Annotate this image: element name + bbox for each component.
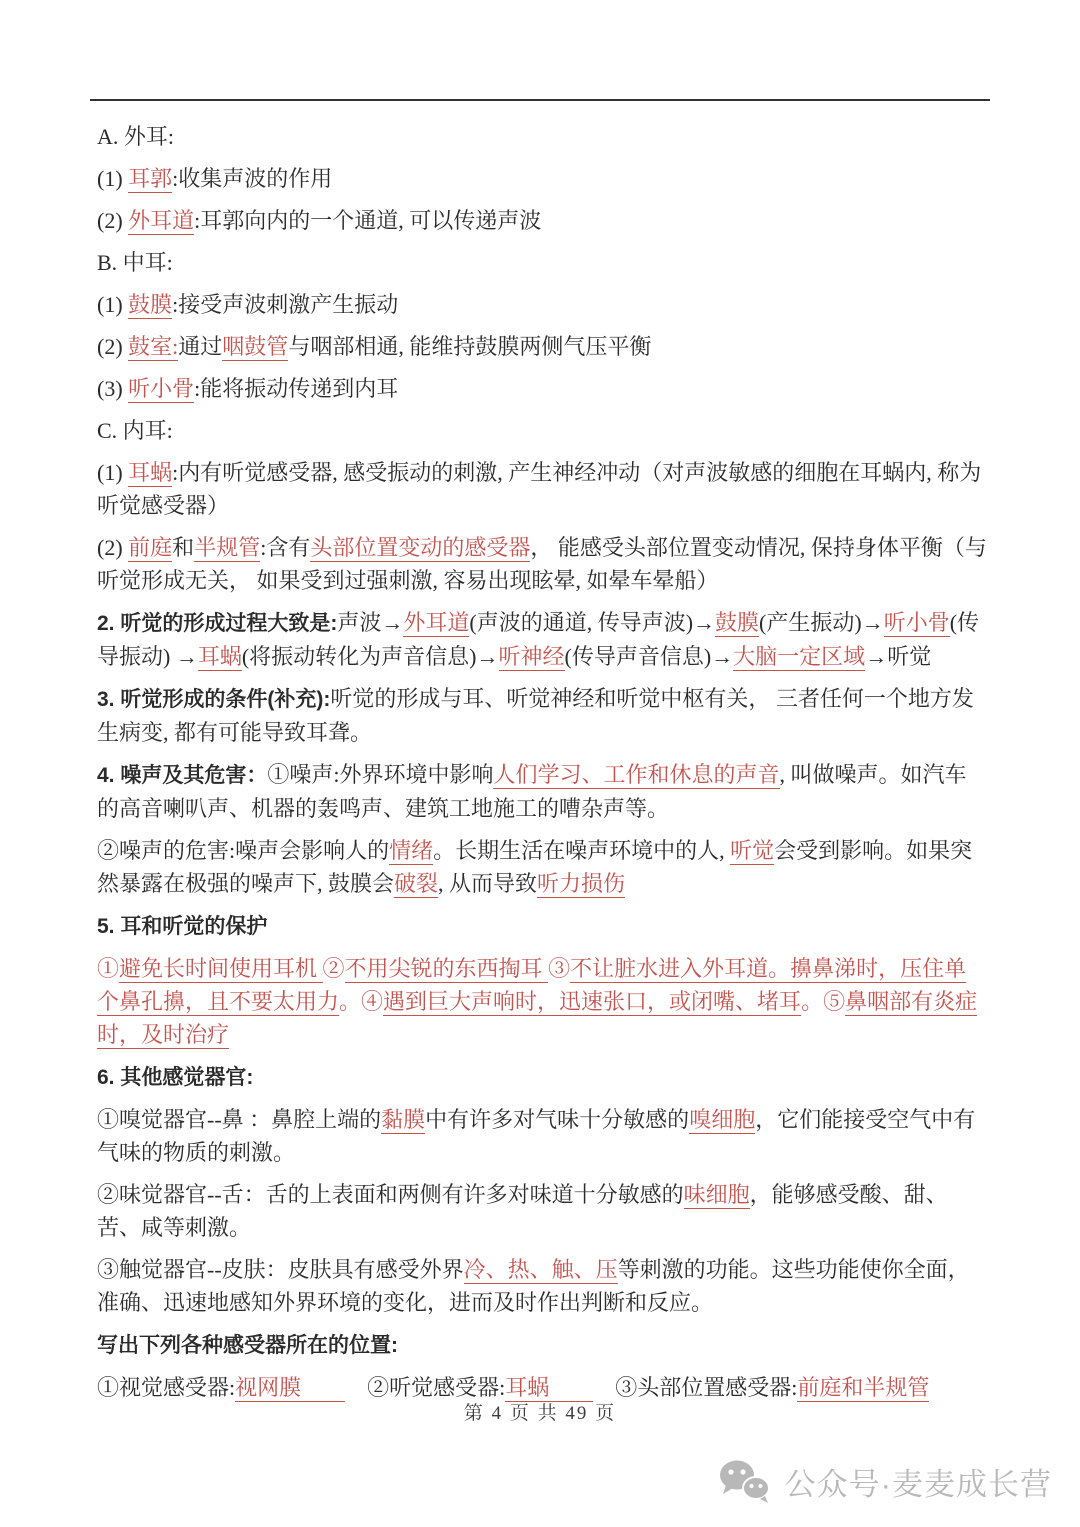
text-segment: :含有 bbox=[260, 535, 310, 560]
text-segment: (传导声音信息)→ bbox=[565, 644, 734, 669]
text-segment: 与咽部相通, 能维持鼓膜两侧气压平衡 bbox=[288, 334, 651, 359]
text-segment: :能将振动传递到内耳 bbox=[194, 376, 398, 401]
text-segment: ②味觉器官--舌：舌的上表面和两侧有许多对味道十分敏感的 bbox=[97, 1182, 684, 1207]
smell-organ: ①嗅觉器官--鼻 ：鼻腔上端的黏膜中有许多对气味十分敏感的嗅细胞，它们能接受空气… bbox=[97, 1103, 987, 1169]
text-segment: 不用尖锐的东西掏耳 bbox=[345, 956, 549, 983]
text-segment: (2) bbox=[97, 334, 128, 359]
text-segment: 听神经 bbox=[499, 644, 565, 671]
text-segment: 耳郭 bbox=[128, 166, 172, 193]
text-segment: B. 中耳: bbox=[97, 250, 173, 275]
text-segment: 写出下列各种感受器所在的位置: bbox=[97, 1334, 398, 1357]
text-segment: ③触觉器官--皮肤：皮肤具有感受外界 bbox=[97, 1257, 464, 1282]
noise-harm: ②噪声的危害:噪声会影响人的情绪。长期生活在噪声环境中的人, 听觉会受到影响。如… bbox=[97, 834, 987, 900]
text-segment: :耳郭向内的一个通道, 可以传递声波 bbox=[194, 208, 541, 233]
text-segment: (1) bbox=[97, 460, 128, 485]
text-segment: ④ bbox=[361, 989, 383, 1014]
text-segment: 3. 听觉形成的条件(补充): bbox=[97, 688, 330, 711]
text-segment: (3) bbox=[97, 376, 128, 401]
hearing-conditions: 3. 听觉形成的条件(补充):听觉的形成与耳、听觉神经和听觉中枢有关， 三者任何… bbox=[97, 682, 987, 749]
text-segment: 4. 噪声及其危害： bbox=[97, 764, 267, 787]
text-segment: (声波的通道, 传导声波)→ bbox=[469, 610, 715, 635]
ear-protection-list: ①避免长时间使用耳机 ②不用尖锐的东西掏耳 ③不让脏水进入外耳道。擤鼻涕时，压住… bbox=[97, 952, 987, 1051]
header-rule bbox=[90, 99, 990, 101]
middle-ear-item-2: (2) 鼓室:通过咽鼓管与咽部相通, 能维持鼓膜两侧气压平衡 bbox=[97, 330, 987, 363]
middle-ear-item-3: (3) 听小骨:能将振动传递到内耳 bbox=[97, 372, 987, 405]
text-segment: ①视觉感受器: bbox=[97, 1375, 235, 1400]
text-segment: 声波→ bbox=[337, 610, 403, 635]
text-segment: , 从而导致 bbox=[438, 871, 537, 896]
text-segment: 2. 听觉的形成过程大致是: bbox=[97, 612, 337, 635]
text-segment: 嗅细胞 bbox=[689, 1107, 755, 1134]
text-segment: (将振动转化为声音信息)→ bbox=[242, 644, 499, 669]
text-segment: 。长期生活在噪声环境中的人, bbox=[433, 838, 730, 863]
text-segment: 前庭 bbox=[128, 535, 172, 562]
text-segment: 鼓膜 bbox=[128, 292, 172, 319]
outer-ear-item-1: (1) 耳郭:收集声波的作用 bbox=[97, 162, 987, 195]
text-segment: ①噪声:外界环境中影响 bbox=[267, 762, 493, 787]
text-segment: (产生振动)→ bbox=[759, 610, 884, 635]
text-segment: 味细胞 bbox=[684, 1182, 750, 1209]
touch-organ: ③触觉器官--皮肤：皮肤具有感受外界冷、热、触、压等刺激的功能。这些功能使你全面… bbox=[97, 1253, 987, 1319]
text-segment: 。 bbox=[339, 989, 361, 1014]
text-segment: :收集声波的作用 bbox=[172, 166, 332, 191]
inner-ear-heading: C. 内耳: bbox=[97, 414, 987, 447]
other-senses-heading: 6. 其他感觉器官: bbox=[97, 1060, 987, 1094]
document-page: A. 外耳:(1) 耳郭:收集声波的作用(2) 外耳道:耳郭向内的一个通道, 可… bbox=[0, 0, 1080, 1527]
text-segment: 通过 bbox=[178, 334, 222, 359]
text-segment: 听觉 bbox=[730, 838, 774, 865]
text-segment: ③ bbox=[548, 956, 570, 981]
text-segment: C. 内耳: bbox=[97, 418, 173, 443]
ear-protection-heading: 5. 耳和听觉的保护 bbox=[97, 909, 987, 943]
outer-ear-item-2: (2) 外耳道:耳郭向内的一个通道, 可以传递声波 bbox=[97, 204, 987, 237]
text-segment: (2) bbox=[97, 535, 128, 560]
text-segment: ② bbox=[323, 956, 345, 981]
text-segment: (2) bbox=[97, 208, 128, 233]
document-body: A. 外耳:(1) 耳郭:收集声波的作用(2) 外耳道:耳郭向内的一个通道, 可… bbox=[97, 120, 987, 1413]
inner-ear-item-1: (1) 耳蜗:内有听觉感受器, 感受振动的刺激, 产生神经冲动（对声波敏感的细胞… bbox=[97, 456, 987, 522]
text-segment: ⑤ bbox=[823, 989, 845, 1014]
text-segment: (1) bbox=[97, 292, 128, 317]
text-segment: ②噪声的危害:噪声会影响人的 bbox=[97, 838, 389, 863]
receptor-location-heading: 写出下列各种感受器所在的位置: bbox=[97, 1328, 987, 1362]
text-segment: 耳蜗 bbox=[198, 644, 242, 671]
hearing-process: 2. 听觉的形成过程大致是:声波→外耳道(声波的通道, 传导声波)→鼓膜(产生振… bbox=[97, 606, 987, 673]
text-segment: 耳蜗 bbox=[128, 460, 172, 487]
text-segment: 外耳道 bbox=[403, 610, 469, 637]
text-segment: 和 bbox=[172, 535, 194, 560]
text-segment: 破裂 bbox=[394, 871, 438, 898]
outer-ear-heading: A. 外耳: bbox=[97, 120, 987, 153]
text-segment: 6. 其他感觉器官: bbox=[97, 1066, 253, 1089]
text-segment: ① bbox=[97, 956, 119, 981]
taste-organ: ②味觉器官--舌：舌的上表面和两侧有许多对味道十分敏感的味细胞，能够感受酸、甜、… bbox=[97, 1178, 987, 1244]
text-segment: 半规管 bbox=[194, 535, 260, 562]
wechat-icon bbox=[717, 1458, 773, 1504]
text-segment: ③头部位置感受器: bbox=[593, 1375, 797, 1400]
middle-ear-heading: B. 中耳: bbox=[97, 246, 987, 279]
text-segment: 听小骨 bbox=[128, 376, 194, 403]
text-segment: ①嗅觉器官--鼻 ：鼻腔上端的 bbox=[97, 1107, 381, 1132]
text-segment: 情绪 bbox=[389, 838, 433, 865]
text-segment: (1) bbox=[97, 166, 128, 191]
text-segment: 5. 耳和听觉的保护 bbox=[97, 915, 267, 938]
text-segment: :接受声波刺激产生振动 bbox=[172, 292, 398, 317]
inner-ear-item-2: (2) 前庭和半规管:含有头部位置变动的感受器， 能感受头部位置变动情况, 保持… bbox=[97, 531, 987, 597]
text-segment: 外耳道 bbox=[128, 208, 194, 235]
watermark: 公众号·麦麦成长营 bbox=[717, 1458, 1052, 1504]
text-segment: 中有许多对气味十分敏感的 bbox=[425, 1107, 689, 1132]
text-segment: 冷、热、触、压 bbox=[464, 1257, 618, 1284]
text-segment: 遇到巨大声响时，迅速张口，或闭嘴、堵耳 bbox=[383, 989, 801, 1016]
text-segment: 头部位置变动的感受器 bbox=[310, 535, 530, 562]
noise-definition: 4. 噪声及其危害：①噪声:外界环境中影响人们学习、工作和休息的声音, 叫做噪声… bbox=[97, 758, 987, 825]
watermark-label: 公众号·麦麦成长营 bbox=[785, 1459, 1052, 1504]
text-segment: 鼓膜 bbox=[715, 610, 759, 637]
text-segment: 人们学习、工作和休息的声音 bbox=[493, 762, 779, 789]
text-segment: 听小骨 bbox=[884, 610, 950, 637]
text-segment: 大脑一定区域 bbox=[733, 644, 865, 671]
middle-ear-item-1: (1) 鼓膜:接受声波刺激产生振动 bbox=[97, 288, 987, 321]
text-segment: ②听觉感受器: bbox=[345, 1375, 505, 1400]
text-segment: 避免长时间使用耳机 bbox=[119, 956, 323, 983]
text-segment: 鼓室: bbox=[128, 334, 178, 361]
text-segment: 黏膜 bbox=[381, 1107, 425, 1134]
page-number: 第 4 页 共 49 页 bbox=[0, 1398, 1080, 1425]
text-segment: →听觉 bbox=[865, 644, 931, 669]
text-segment: 。 bbox=[801, 989, 823, 1014]
text-segment: A. 外耳: bbox=[97, 124, 174, 149]
text-segment: 听力损伤 bbox=[537, 871, 625, 898]
text-segment: :内有听觉感受器, 感受振动的刺激, 产生神经冲动（对声波敏感的细胞在耳蜗内, … bbox=[97, 460, 981, 518]
text-segment: 咽鼓管 bbox=[222, 334, 288, 361]
